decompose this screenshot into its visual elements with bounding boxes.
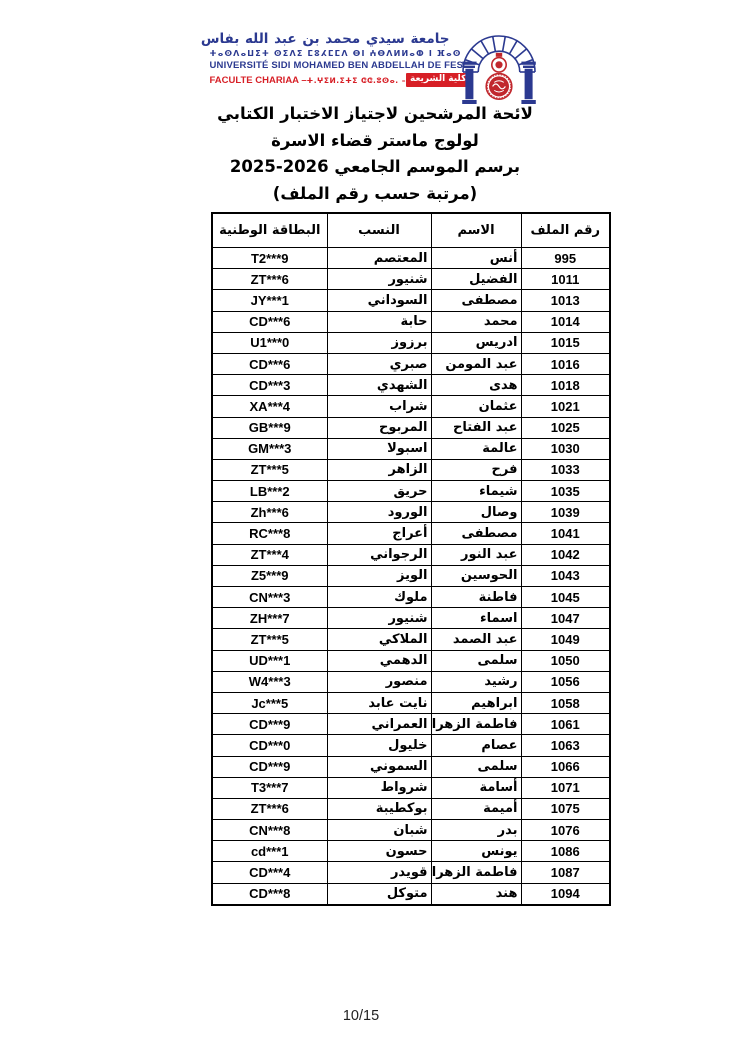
- table-row: 1043الحوسينالويزZ5***9: [212, 565, 610, 586]
- cell-national-id: CD***9: [212, 756, 327, 777]
- cell-last-name: السموني: [327, 756, 431, 777]
- table-row: 1013مصطفىالسودانيJY***1: [212, 290, 610, 311]
- cell-last-name: شنيور: [327, 608, 431, 629]
- cell-last-name: نايت عابد: [327, 692, 431, 713]
- cell-national-id: ZT***6: [212, 798, 327, 819]
- col-header-national-id: البطاقة الوطنية: [212, 213, 327, 248]
- table-row: 1011الفضيلشنيورZT***6: [212, 269, 610, 290]
- cell-first-name: عبد الفتاح: [431, 417, 521, 438]
- cell-file-number: 1039: [521, 502, 610, 523]
- cell-national-id: GM***3: [212, 438, 327, 459]
- cell-first-name: يونس: [431, 841, 521, 862]
- cell-first-name: رشيد: [431, 671, 521, 692]
- table-row: 1075أميمةبوكطيبةZT***6: [212, 798, 610, 819]
- cell-last-name: ملوك: [327, 587, 431, 608]
- cell-first-name: مصطفى: [431, 290, 521, 311]
- cell-national-id: Z5***9: [212, 565, 327, 586]
- table-row: 1018هدىالشهديCD***3: [212, 375, 610, 396]
- cell-national-id: XA***4: [212, 396, 327, 417]
- cell-file-number: 1058: [521, 692, 610, 713]
- cell-first-name: شيماء: [431, 481, 521, 502]
- faculty-name-tifinagh: ⵜ.ⵖⵉⵍ.ⵉⵜⵉ ⵛⵛ.ⵓⵙⴰ. –: [307, 76, 406, 85]
- university-name-french: UNIVERSITÉ SIDI MOHAMED BEN ABDELLAH DE …: [210, 60, 450, 72]
- table-row: 1035شيماءحريقLB***2: [212, 481, 610, 502]
- cell-first-name: فرح: [431, 459, 521, 480]
- cell-file-number: 1071: [521, 777, 610, 798]
- cell-first-name: الحوسين: [431, 565, 521, 586]
- cell-first-name: أميمة: [431, 798, 521, 819]
- cell-first-name: فاطنة: [431, 587, 521, 608]
- cell-file-number: 1094: [521, 883, 610, 905]
- cell-file-number: 1021: [521, 396, 610, 417]
- cell-national-id: U1***0: [212, 332, 327, 353]
- cell-file-number: 1042: [521, 544, 610, 565]
- cell-last-name: صبري: [327, 353, 431, 374]
- table-row: 1076بدرشبانCN***8: [212, 820, 610, 841]
- cell-first-name: أسامة: [431, 777, 521, 798]
- col-header-last-name: النسب: [327, 213, 431, 248]
- page-number: 10/15: [0, 1008, 722, 1024]
- letterhead-text-block: جامعة سيدي محمد بن عبد الله بفاس ⵜⴰⵙⴷⴰⵡⵉ…: [210, 30, 450, 87]
- cell-last-name: المربوح: [327, 417, 431, 438]
- cell-national-id: Zh***6: [212, 502, 327, 523]
- table-row: 1025عبد الفتاحالمربوحGB***9: [212, 417, 610, 438]
- cell-national-id: RC***8: [212, 523, 327, 544]
- cell-last-name: شراب: [327, 396, 431, 417]
- cell-last-name: المعتصم: [327, 248, 431, 269]
- table-row: 1086يونسحسونcd***1: [212, 841, 610, 862]
- cell-file-number: 1018: [521, 375, 610, 396]
- cell-last-name: العمراني: [327, 714, 431, 735]
- doc-title-line1: لائحة المرشحين لاجتياز الاختبار الكتابي: [0, 101, 750, 128]
- table-row: 1014محمدحابةCD***6: [212, 311, 610, 332]
- document-titles: لائحة المرشحين لاجتياز الاختبار الكتابي …: [0, 101, 750, 207]
- cell-file-number: 1043: [521, 565, 610, 586]
- cell-first-name: عالمة: [431, 438, 521, 459]
- cell-national-id: Jc***5: [212, 692, 327, 713]
- cell-first-name: وصال: [431, 502, 521, 523]
- cell-last-name: الدهمي: [327, 650, 431, 671]
- cell-last-name: بوكطيبة: [327, 798, 431, 819]
- cell-last-name: خليول: [327, 735, 431, 756]
- cell-national-id: W4***3: [212, 671, 327, 692]
- letterhead: جامعة سيدي محمد بن عبد الله بفاس ⵜⴰⵙⴷⴰⵡⵉ…: [0, 30, 750, 108]
- cell-national-id: CD***8: [212, 883, 327, 905]
- table-row: 1049عبد الصمدالملاكيZT***5: [212, 629, 610, 650]
- cell-file-number: 1087: [521, 862, 610, 883]
- cell-file-number: 1045: [521, 587, 610, 608]
- cell-file-number: 1047: [521, 608, 610, 629]
- cell-last-name: شنيور: [327, 269, 431, 290]
- candidates-table: رقم الملف الاسم النسب البطاقة الوطنية 99…: [211, 212, 611, 906]
- cell-first-name: عثمان: [431, 396, 521, 417]
- cell-national-id: ZT***5: [212, 629, 327, 650]
- cell-last-name: السوداني: [327, 290, 431, 311]
- university-name-tifinagh: ⵜⴰⵙⴷⴰⵡⵉⵜ ⵙⵉⴷⵉ ⵎⵓⵃⵎⵎⴷ ⴱⵏ ⵄⴱⴷⵍⵍⴰⵀ ⵏ ⴼⴰⵙ: [210, 48, 450, 60]
- cell-first-name: فاطمة الزهراء: [431, 714, 521, 735]
- cell-file-number: 1011: [521, 269, 610, 290]
- cell-first-name: عبد النور: [431, 544, 521, 565]
- cell-national-id: LB***2: [212, 481, 327, 502]
- cell-last-name: حسون: [327, 841, 431, 862]
- table-row: 1041مصطفىأعراجRC***8: [212, 523, 610, 544]
- cell-national-id: CD***6: [212, 353, 327, 374]
- cell-file-number: 1050: [521, 650, 610, 671]
- cell-national-id: CD***6: [212, 311, 327, 332]
- cell-national-id: JY***1: [212, 290, 327, 311]
- col-header-first-name: الاسم: [431, 213, 521, 248]
- cell-first-name: ابراهيم: [431, 692, 521, 713]
- logo-medallion: [486, 53, 512, 99]
- cell-national-id: ZH***7: [212, 608, 327, 629]
- faculty-name-french: FACULTE CHARIAA –: [210, 75, 307, 86]
- cell-file-number: 1015: [521, 332, 610, 353]
- table-row: 1016عبد المومنصبريCD***6: [212, 353, 610, 374]
- cell-national-id: GB***9: [212, 417, 327, 438]
- logo-right-pillar: [521, 62, 535, 104]
- cell-first-name: عبد الصمد: [431, 629, 521, 650]
- cell-last-name: منصور: [327, 671, 431, 692]
- table-row: 1015ادريسبرزوزU1***0: [212, 332, 610, 353]
- cell-file-number: 1075: [521, 798, 610, 819]
- cell-first-name: أنس: [431, 248, 521, 269]
- cell-first-name: هند: [431, 883, 521, 905]
- cell-national-id: T2***9: [212, 248, 327, 269]
- cell-file-number: 995: [521, 248, 610, 269]
- cell-first-name: بدر: [431, 820, 521, 841]
- cell-national-id: ZT***5: [212, 459, 327, 480]
- table-header-row: رقم الملف الاسم النسب البطاقة الوطنية: [212, 213, 610, 248]
- col-header-file-number: رقم الملف: [521, 213, 610, 248]
- university-name-arabic: جامعة سيدي محمد بن عبد الله بفاس: [210, 30, 450, 48]
- logo-left-pillar: [462, 62, 476, 104]
- table-row: 1063عصامخليولCD***0: [212, 735, 610, 756]
- university-logo: [457, 28, 541, 108]
- cell-last-name: برزوز: [327, 332, 431, 353]
- table-row: 995أنسالمعتصمT2***9: [212, 248, 610, 269]
- cell-first-name: هدى: [431, 375, 521, 396]
- cell-last-name: الشهدي: [327, 375, 431, 396]
- table-row: 1056رشيدمنصورW4***3: [212, 671, 610, 692]
- cell-file-number: 1014: [521, 311, 610, 332]
- cell-last-name: حابة: [327, 311, 431, 332]
- cell-national-id: CD***3: [212, 375, 327, 396]
- cell-last-name: الزاهر: [327, 459, 431, 480]
- cell-national-id: T3***7: [212, 777, 327, 798]
- table-row: 1066سلمىالسمونيCD***9: [212, 756, 610, 777]
- cell-file-number: 1061: [521, 714, 610, 735]
- cell-national-id: CN***8: [212, 820, 327, 841]
- cell-first-name: مصطفى: [431, 523, 521, 544]
- cell-file-number: 1025: [521, 417, 610, 438]
- cell-national-id: CN***3: [212, 587, 327, 608]
- cell-first-name: سلمى: [431, 756, 521, 777]
- cell-last-name: الورود: [327, 502, 431, 523]
- cell-last-name: حريق: [327, 481, 431, 502]
- cell-first-name: اسماء: [431, 608, 521, 629]
- cell-first-name: ادريس: [431, 332, 521, 353]
- cell-first-name: عبد المومن: [431, 353, 521, 374]
- faculty-name-line: FACULTE CHARIAA – ⵜ.ⵖⵉⵍ.ⵉⵜⵉ ⵛⵛ.ⵓⵙⴰ. – كل…: [210, 73, 450, 87]
- cell-national-id: CD***0: [212, 735, 327, 756]
- table-row: 1058ابراهيمنايت عابدJc***5: [212, 692, 610, 713]
- doc-title-line3: برسم الموسم الجامعي 2026-2025: [0, 154, 750, 181]
- table-row: 1061فاطمة الزهراءالعمرانيCD***9: [212, 714, 610, 735]
- cell-national-id: CD***4: [212, 862, 327, 883]
- cell-last-name: متوكل: [327, 883, 431, 905]
- cell-file-number: 1056: [521, 671, 610, 692]
- cell-file-number: 1086: [521, 841, 610, 862]
- cell-last-name: الرجواني: [327, 544, 431, 565]
- doc-title-line4: (مرتبة حسب رقم الملف): [0, 181, 750, 208]
- doc-title-line2: لولوج ماستر قضاء الاسرة: [0, 128, 750, 155]
- cell-file-number: 1016: [521, 353, 610, 374]
- table-row: 1033فرحالزاهرZT***5: [212, 459, 610, 480]
- cell-national-id: CD***9: [212, 714, 327, 735]
- cell-last-name: أعراج: [327, 523, 431, 544]
- table-row: 1042عبد النورالرجوانيZT***4: [212, 544, 610, 565]
- cell-first-name: الفضيل: [431, 269, 521, 290]
- table-row: 1039وصالالورودZh***6: [212, 502, 610, 523]
- cell-first-name: فاطمة الزهراء: [431, 862, 521, 883]
- cell-national-id: cd***1: [212, 841, 327, 862]
- cell-file-number: 1066: [521, 756, 610, 777]
- cell-file-number: 1041: [521, 523, 610, 544]
- cell-file-number: 1013: [521, 290, 610, 311]
- cell-file-number: 1033: [521, 459, 610, 480]
- cell-file-number: 1049: [521, 629, 610, 650]
- cell-last-name: شرواط: [327, 777, 431, 798]
- cell-file-number: 1076: [521, 820, 610, 841]
- cell-file-number: 1035: [521, 481, 610, 502]
- cell-last-name: شبان: [327, 820, 431, 841]
- table-row: 1094هندمتوكلCD***8: [212, 883, 610, 905]
- table-row: 1087فاطمة الزهراءقويدرCD***4: [212, 862, 610, 883]
- cell-national-id: ZT***4: [212, 544, 327, 565]
- table-row: 1030عالمةاسبولاGM***3: [212, 438, 610, 459]
- cell-last-name: اسبولا: [327, 438, 431, 459]
- cell-file-number: 1063: [521, 735, 610, 756]
- cell-national-id: ZT***6: [212, 269, 327, 290]
- cell-file-number: 1030: [521, 438, 610, 459]
- cell-last-name: الملاكي: [327, 629, 431, 650]
- cell-national-id: UD***1: [212, 650, 327, 671]
- cell-last-name: قويدر: [327, 862, 431, 883]
- cell-first-name: محمد: [431, 311, 521, 332]
- table-row: 1071أسامةشرواطT3***7: [212, 777, 610, 798]
- cell-first-name: سلمى: [431, 650, 521, 671]
- table-row: 1045فاطنةملوكCN***3: [212, 587, 610, 608]
- cell-last-name: الويز: [327, 565, 431, 586]
- table-row: 1021عثمانشرابXA***4: [212, 396, 610, 417]
- table-row: 1050سلمىالدهميUD***1: [212, 650, 610, 671]
- table-row: 1047اسماءشنيورZH***7: [212, 608, 610, 629]
- cell-first-name: عصام: [431, 735, 521, 756]
